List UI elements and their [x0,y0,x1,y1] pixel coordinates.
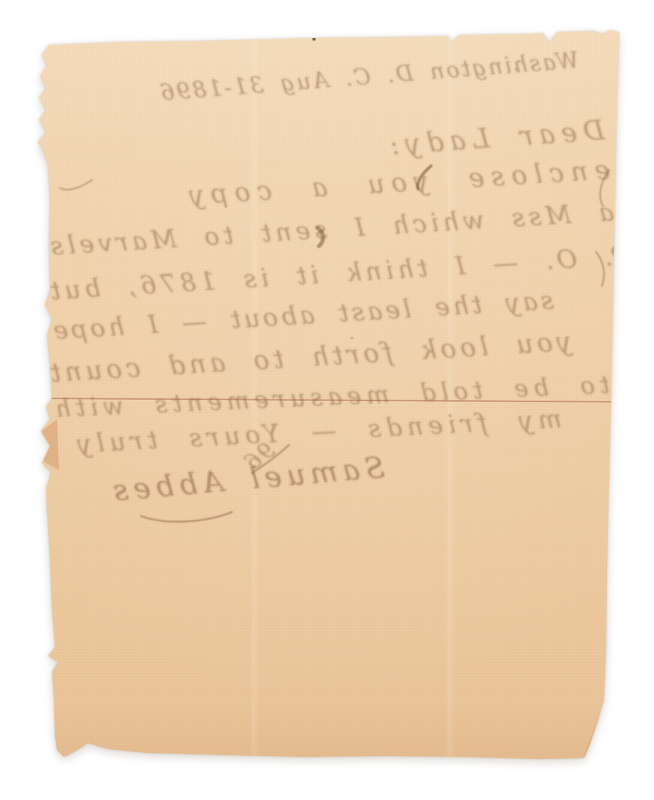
annotation-slash [252,445,289,473]
ink-tail-left-margin [60,180,92,190]
paper-speck-middle [351,337,353,339]
paper-speck-small [515,68,517,70]
letter-sheet: Washington D. C. Aug 31-1896 Dear Lady: … [0,0,654,800]
ink-stroke-right-line5 [596,252,604,286]
ink-marks-overlay [0,0,654,800]
ink-hook-right-margin [600,170,609,206]
ink-blot-salutation [418,166,431,189]
ink-blot-line4 [318,228,323,246]
paper-speck-top [312,37,315,40]
signature-flourish [141,512,232,522]
photo-backdrop: Washington D. C. Aug 31-1896 Dear Lady: … [0,0,654,800]
paper-shadow: Washington D. C. Aug 31-1896 Dear Lady: … [0,0,654,800]
